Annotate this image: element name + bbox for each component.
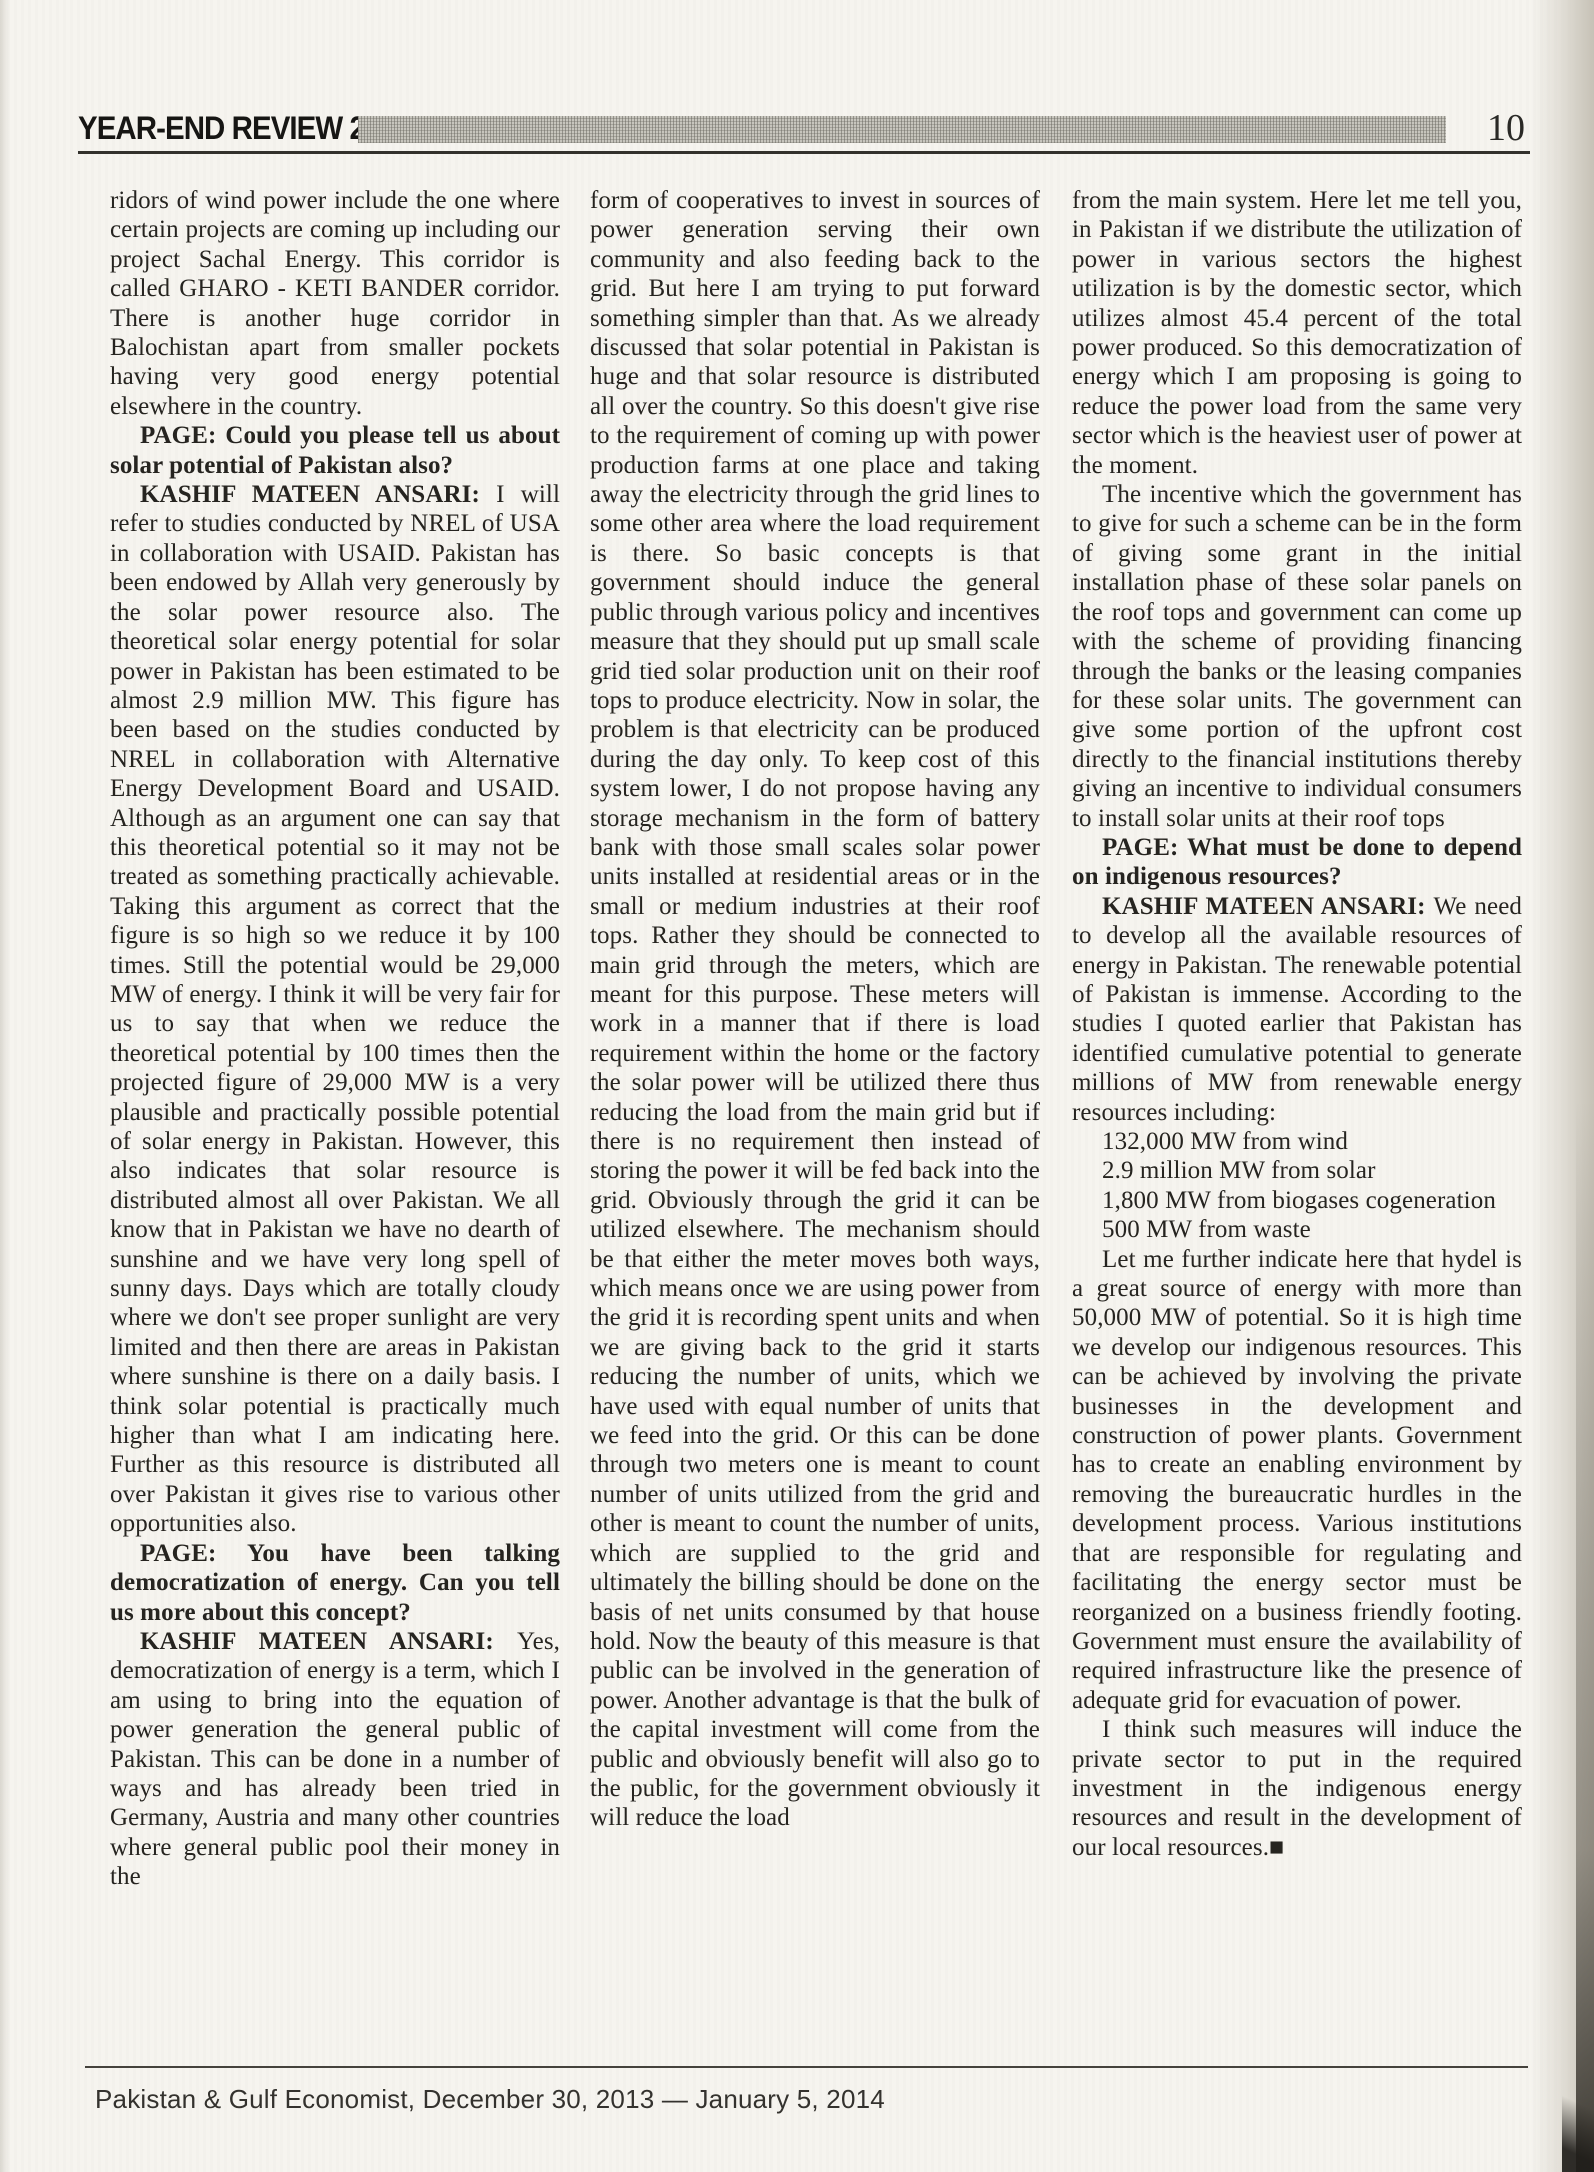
speaker-name: KASHIF MATEEN ANSARI: bbox=[140, 1628, 517, 1655]
resource-list-line: 500 MW from waste bbox=[1072, 1215, 1522, 1244]
page-edge-dark-strip bbox=[1576, 1100, 1594, 2172]
text-column-2: form of cooperatives to invest in source… bbox=[590, 186, 1040, 2052]
body-paragraph: from the main system. Here let me tell y… bbox=[1072, 186, 1522, 480]
page-edge-shadow-left bbox=[0, 0, 10, 2172]
resource-list-line: 132,000 MW from wind bbox=[1072, 1127, 1522, 1156]
speaker-name: KASHIF MATEEN ANSARI: bbox=[1102, 893, 1434, 920]
interview-answer: KASHIF MATEEN ANSARI: We need to develop… bbox=[1072, 892, 1522, 1127]
header-halftone-bar bbox=[358, 116, 1446, 143]
page-number: 10 bbox=[1487, 106, 1525, 150]
body-paragraph: ridors of wind power include the one whe… bbox=[110, 186, 560, 421]
body-paragraph: I think such measures will induce the pr… bbox=[1072, 1715, 1522, 1862]
body-paragraph: The incentive which the government has t… bbox=[1072, 480, 1522, 833]
resource-list-line: 2.9 million MW from solar bbox=[1072, 1156, 1522, 1185]
speaker-name: KASHIF MATEEN ANSARI: bbox=[140, 481, 496, 508]
body-paragraph: Let me further indicate here that hydel … bbox=[1072, 1245, 1522, 1716]
footer-divider-rule bbox=[85, 2066, 1528, 2068]
interview-question: PAGE: Could you please tell us about sol… bbox=[110, 421, 560, 480]
body-paragraph: form of cooperatives to invest in source… bbox=[590, 186, 1040, 1833]
interview-question: PAGE: You have been talking democratizat… bbox=[110, 1539, 560, 1627]
interview-answer: KASHIF MATEEN ANSARI: I will refer to st… bbox=[110, 480, 560, 1539]
text-column-1: ridors of wind power include the one whe… bbox=[110, 186, 560, 2052]
header-divider-rule bbox=[78, 151, 1530, 154]
resource-list-line: 1,800 MW from biogases cogeneration bbox=[1072, 1186, 1522, 1215]
text-column-3: from the main system. Here let me tell y… bbox=[1072, 186, 1522, 2052]
page-corner-shadow bbox=[1562, 2077, 1594, 2172]
publication-footer: Pakistan & Gulf Economist, December 30, … bbox=[95, 2084, 885, 2115]
interview-answer: KASHIF MATEEN ANSARI: Yes, democratizati… bbox=[110, 1627, 560, 1892]
interview-question: PAGE: What must be done to depend on ind… bbox=[1072, 833, 1522, 892]
magazine-page: YEAR-END REVIEW 2013 10 ridors of wind p… bbox=[0, 0, 1594, 2172]
